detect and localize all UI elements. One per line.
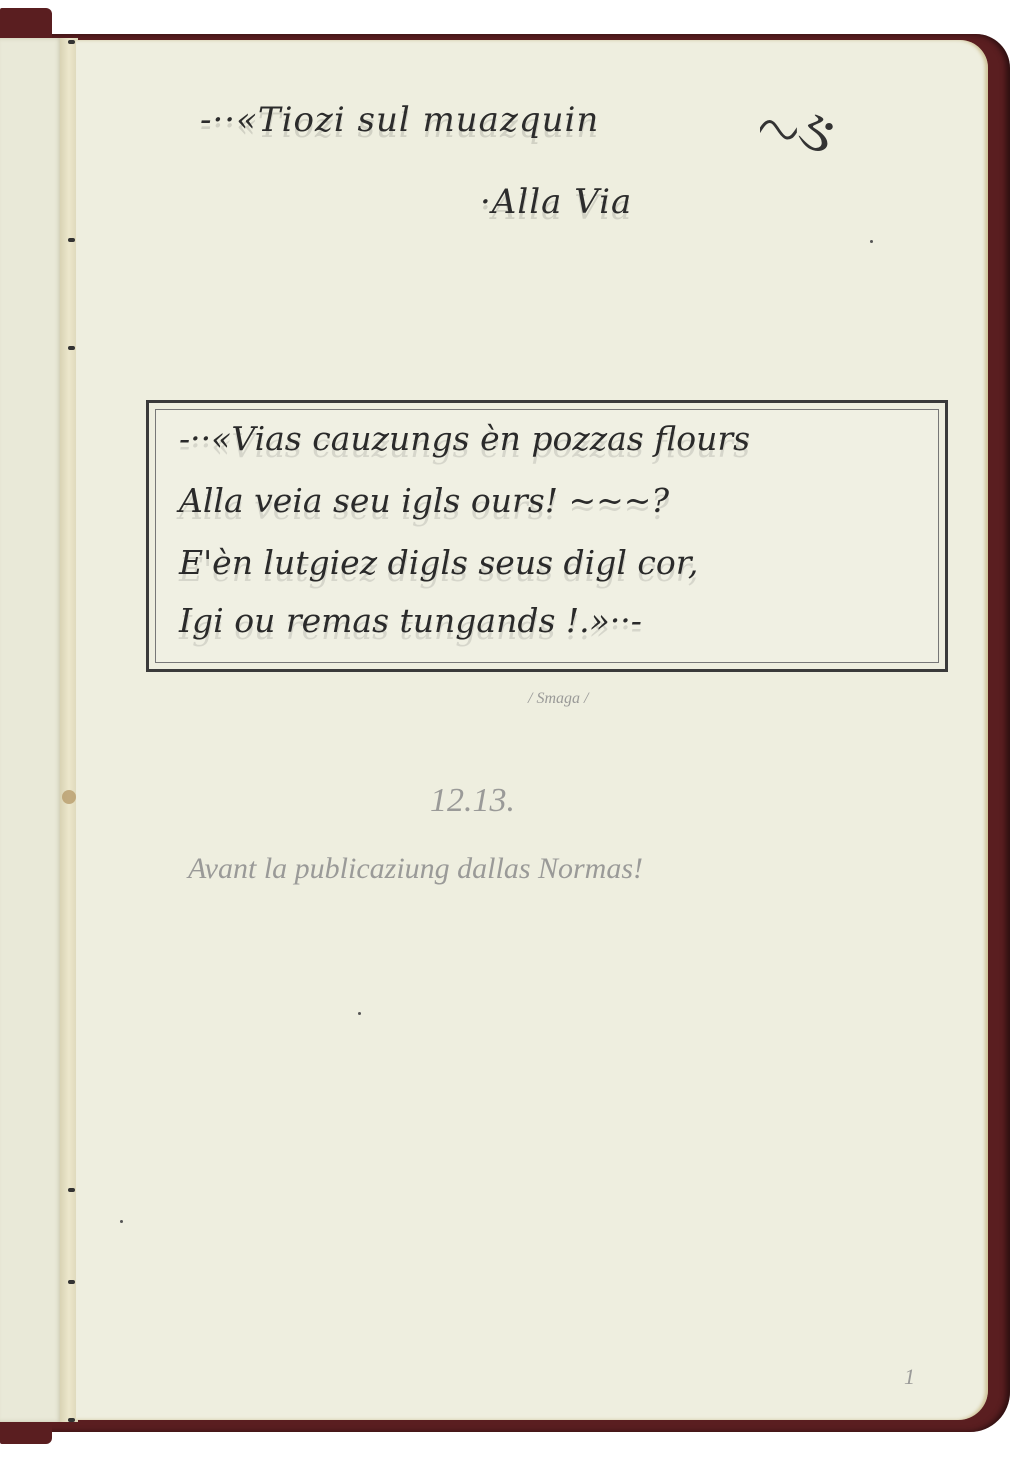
- cover-edge-top: [0, 8, 52, 38]
- left-page: [0, 38, 62, 1422]
- binding-stitch: [68, 238, 75, 242]
- binding-stitch: [68, 346, 75, 350]
- binding-stitch: [68, 1280, 75, 1284]
- binding-stitch: [68, 40, 75, 44]
- poem-frame: -··«Vias cauzungs èn pozzas flours Alla …: [146, 400, 948, 672]
- page-stain: [62, 790, 76, 804]
- binding-stitch: [68, 1418, 75, 1422]
- flourish-ornament-icon: ∿ઙ: [760, 96, 835, 166]
- ink-dot: [870, 240, 873, 243]
- pencil-note: Avant la publicaziung dallas Normas!: [188, 852, 643, 886]
- poem-line-1: -··«Vias cauzungs èn pozzas flours: [179, 419, 750, 458]
- poem-line-2: Alla veia seu igls ours! ~~~?: [179, 481, 669, 520]
- poem-line-3: E'èn lutgiez digls seus digl cor,: [179, 543, 698, 582]
- heading-line-1: -··«Tiozi sul muazquin: [200, 100, 599, 140]
- ink-dot: [358, 1012, 361, 1015]
- heading-line-2: ·Alla Via: [480, 182, 632, 222]
- notebook-page: [76, 40, 988, 1420]
- signature: / Smaga /: [528, 690, 588, 708]
- binding-stitch: [68, 1188, 75, 1192]
- page-number: 1: [904, 1364, 915, 1390]
- poem-line-4: Igi ou remas tungands !.»··-: [179, 601, 642, 640]
- pencil-date: 12.13.: [430, 782, 515, 820]
- ink-dot: [120, 1220, 123, 1223]
